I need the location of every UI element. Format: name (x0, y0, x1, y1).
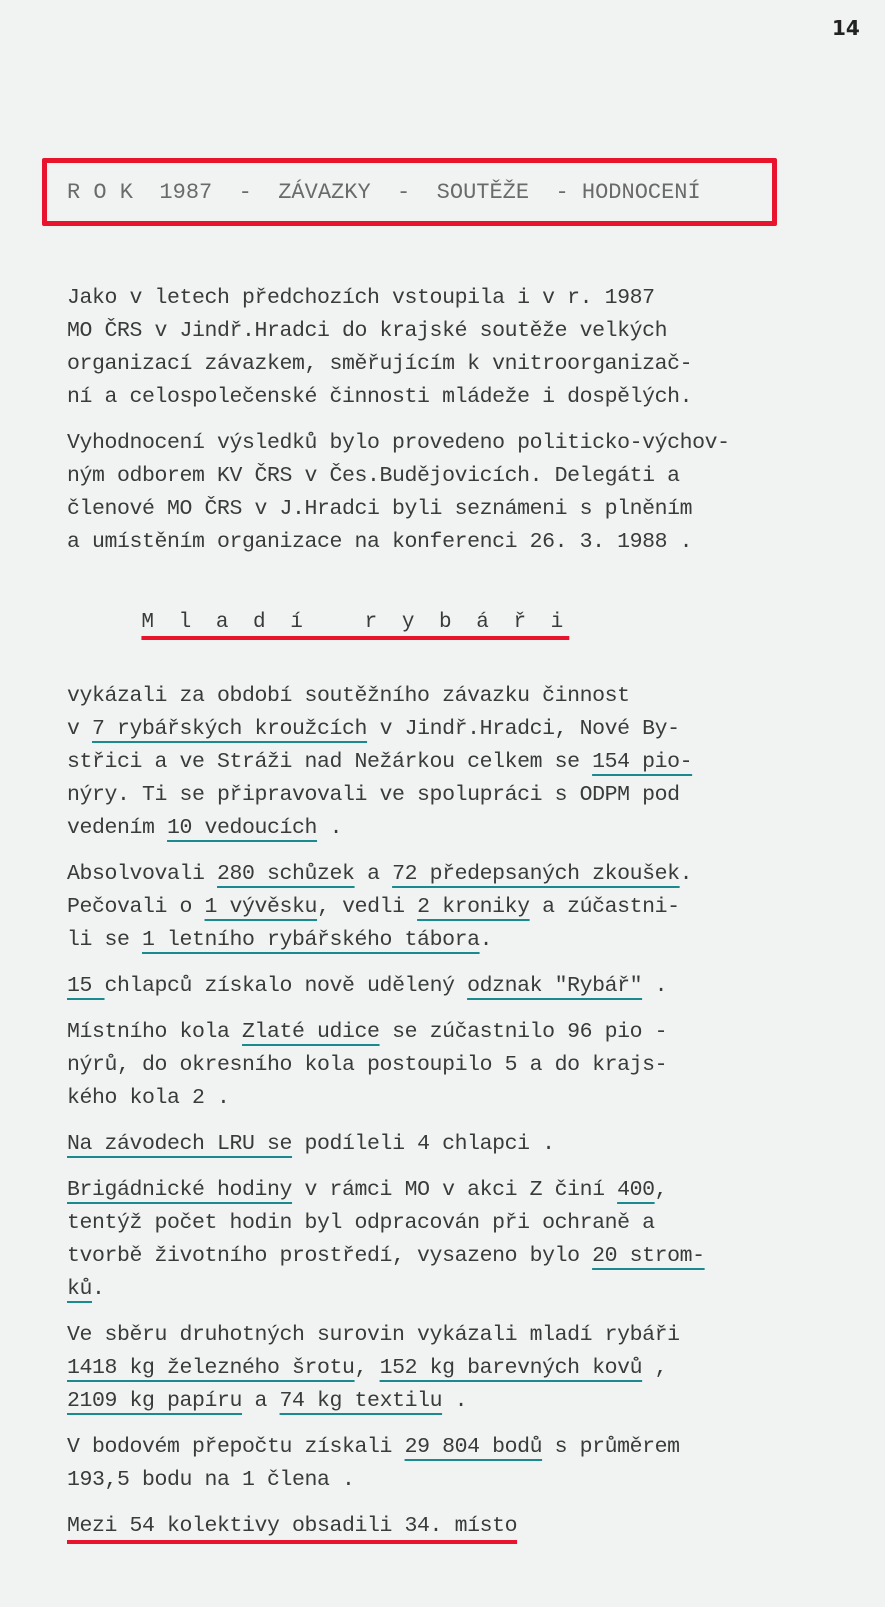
text-segment: tvorbě životního prostředí, vysazeno byl… (67, 1244, 592, 1268)
text-line: a umístěním organizace na konferenci 26.… (67, 526, 867, 559)
text-segment: , (655, 1178, 668, 1202)
text-segment: MO ČRS v Jindř.Hradci do krajské soutěže… (67, 319, 667, 343)
document-body: Jako v letech předchozích vstoupila i v … (67, 282, 867, 1556)
text-line: Absolvovali 280 schůzek a 72 předepsanýc… (67, 858, 867, 891)
text-line: Mezi 54 kolektivy obsadili 34. místo (67, 1510, 867, 1543)
underlined-figure: 20 strom- (592, 1244, 705, 1268)
highlighted-result: Mezi 54 kolektivy obsadili 34. místo (67, 1514, 517, 1538)
paragraph: Ve sběru druhotných surovin vykázali mla… (67, 1319, 867, 1418)
underlined-figure: 280 schůzek (217, 862, 355, 886)
text-line: Na závodech LRU se podíleli 4 chlapci . (67, 1128, 867, 1161)
text-segment: , (642, 1356, 667, 1380)
text-segment: kého kola 2 . (67, 1086, 230, 1110)
text-segment: li se (67, 928, 142, 952)
underlined-figure: Brigádnické hodiny (67, 1178, 292, 1202)
text-segment: se zúčastnilo 96 pio - (380, 1020, 668, 1044)
text-line: Pečovali o 1 vývěsku, vedli 2 kroniky a … (67, 891, 867, 924)
text-line: ní a celospolečenské činnosti mládeže i … (67, 381, 867, 414)
text-segment: Vyhodnocení výsledků bylo provedeno poli… (67, 431, 730, 455)
page-number: 14 (832, 16, 860, 40)
underlined-figure: Zlaté udice (242, 1020, 380, 1044)
paragraph: V bodovém přepočtu získali 29 804 bodů s… (67, 1431, 867, 1497)
text-line: Brigádnické hodiny v rámci MO v akci Z č… (67, 1174, 867, 1207)
text-line: nýrů, do okresního kola postoupilo 5 a d… (67, 1049, 867, 1082)
text-segment: . (642, 974, 667, 998)
underlined-figure: 10 vedoucích (167, 816, 317, 840)
text-line: kého kola 2 . (67, 1082, 867, 1115)
text-segment: Ve sběru druhotných surovin vykázali mla… (67, 1323, 680, 1347)
underlined-figure: 74 kg textilu (280, 1389, 443, 1413)
text-segment: střici a ve Stráži nad Nežárkou celkem s… (67, 750, 592, 774)
text-segment: . (92, 1277, 105, 1301)
text-segment: Místního kola (67, 1020, 242, 1044)
text-segment: Absolvovali (67, 862, 217, 886)
text-segment: V bodovém přepočtu získali (67, 1435, 405, 1459)
text-segment: členové MO ČRS v J.Hradci byli seznámeni… (67, 497, 692, 521)
text-segment: a (355, 862, 393, 886)
underlined-figure: 1 vývěsku (205, 895, 318, 919)
text-segment: , vedli (317, 895, 417, 919)
paragraph: Absolvovali 280 schůzek a 72 předepsanýc… (67, 858, 867, 957)
text-segment: v (67, 717, 92, 741)
text-line: Místního kola Zlaté udice se zúčastnilo … (67, 1016, 867, 1049)
underlined-figure: 2 kroniky (417, 895, 530, 919)
text-segment: vedením (67, 816, 167, 840)
text-segment: tentýž počet hodin byl odpracován při oc… (67, 1211, 655, 1235)
paragraph: Brigádnické hodiny v rámci MO v akci Z č… (67, 1174, 867, 1306)
paragraph: vykázali za období soutěžního závazku či… (67, 680, 867, 845)
paragraph: Místního kola Zlaté udice se zúčastnilo … (67, 1016, 867, 1115)
paragraph: Na závodech LRU se podíleli 4 chlapci . (67, 1128, 867, 1161)
text-line: 15 chlapců získalo nově udělený odznak "… (67, 970, 867, 1003)
text-segment: a (242, 1389, 280, 1413)
text-segment: Jako v letech předchozích vstoupila i v … (67, 286, 655, 310)
text-segment: ní a celospolečenské činnosti mládeže i … (67, 385, 692, 409)
underlined-figure: ků (67, 1277, 92, 1301)
underlined-figure: 2109 kg papíru (67, 1389, 242, 1413)
section-heading-text: M l a d í r y b á ř i (141, 611, 569, 634)
text-segment: . (480, 928, 493, 952)
text-segment: . (442, 1389, 467, 1413)
text-line: tvorbě životního prostředí, vysazeno byl… (67, 1240, 867, 1273)
title-box: R O K 1987 - ZÁVAZKY - SOUTĚŽE - HODNOCE… (42, 158, 777, 226)
text-segment: a umístěním organizace na konferenci 26.… (67, 530, 692, 554)
paragraph: Vyhodnocení výsledků bylo provedeno poli… (67, 427, 867, 559)
text-line: v 7 rybářských kroužcích v Jindř.Hradci,… (67, 713, 867, 746)
intro-section: Jako v letech předchozích vstoupila i v … (67, 282, 867, 559)
text-line: ným odborem KV ČRS v Čes.Budějovicích. D… (67, 460, 867, 493)
young-anglers-section: vykázali za období soutěžního závazku či… (67, 680, 867, 1543)
text-segment: . (680, 862, 693, 886)
underlined-figure: 15 (67, 974, 105, 998)
section-heading: M l a d í r y b á ř i (67, 573, 867, 672)
text-line: nýry. Ti se připravovali ve spolupráci s… (67, 779, 867, 812)
underlined-figure: Na závodech LRU se (67, 1132, 292, 1156)
underlined-figure: 152 kg barevných kovů (380, 1356, 643, 1380)
underlined-figure: 29 804 bodů (405, 1435, 543, 1459)
underlined-figure: odznak "Rybář" (467, 974, 642, 998)
text-line: MO ČRS v Jindř.Hradci do krajské soutěže… (67, 315, 867, 348)
text-segment: v Jindř.Hradci, Nové By- (367, 717, 680, 741)
text-segment: ným odborem KV ČRS v Čes.Budějovicích. D… (67, 464, 680, 488)
text-line: vykázali za období soutěžního závazku či… (67, 680, 867, 713)
underlined-figure: 1 letního rybářského tábora (142, 928, 480, 952)
underlined-figure: 7 rybářských kroužcích (92, 717, 367, 741)
text-segment: organizací závazkem, směřujícím k vnitro… (67, 352, 692, 376)
text-segment: v rámci MO v akci Z činí (292, 1178, 617, 1202)
paragraph: 15 chlapců získalo nově udělený odznak "… (67, 970, 867, 1003)
text-line: ků. (67, 1273, 867, 1306)
text-line: Jako v letech předchozích vstoupila i v … (67, 282, 867, 315)
document-title: R O K 1987 - ZÁVAZKY - SOUTĚŽE - HODNOCE… (67, 180, 701, 205)
underlined-figure: 400 (617, 1178, 655, 1202)
underlined-figure: 1418 kg železného šrotu (67, 1356, 355, 1380)
paragraph: Jako v letech předchozích vstoupila i v … (67, 282, 867, 414)
text-line: li se 1 letního rybářského tábora. (67, 924, 867, 957)
text-line: 193,5 bodu na 1 člena . (67, 1464, 867, 1497)
text-line: střici a ve Stráži nad Nežárkou celkem s… (67, 746, 867, 779)
text-line: vedením 10 vedoucích . (67, 812, 867, 845)
text-segment: chlapců získalo nově udělený (105, 974, 468, 998)
text-line: Vyhodnocení výsledků bylo provedeno poli… (67, 427, 867, 460)
text-line: V bodovém přepočtu získali 29 804 bodů s… (67, 1431, 867, 1464)
text-line: tentýž počet hodin byl odpracován při oc… (67, 1207, 867, 1240)
text-line: 1418 kg železného šrotu, 152 kg barevnýc… (67, 1352, 867, 1385)
text-segment: . (317, 816, 342, 840)
paragraph: Mezi 54 kolektivy obsadili 34. místo (67, 1510, 867, 1543)
text-segment: Pečovali o (67, 895, 205, 919)
text-line: 2109 kg papíru a 74 kg textilu . (67, 1385, 867, 1418)
text-segment: nýrů, do okresního kola postoupilo 5 a d… (67, 1053, 667, 1077)
text-line: organizací závazkem, směřujícím k vnitro… (67, 348, 867, 381)
underlined-figure: 154 pio- (592, 750, 692, 774)
underlined-figure: 72 předepsaných zkoušek (392, 862, 680, 886)
text-segment: s průměrem (542, 1435, 680, 1459)
text-segment: a zúčastni- (530, 895, 680, 919)
text-line: členové MO ČRS v J.Hradci byli seznámeni… (67, 493, 867, 526)
text-segment: , (355, 1356, 380, 1380)
text-segment: podíleli 4 chlapci . (292, 1132, 555, 1156)
text-segment: 193,5 bodu na 1 člena . (67, 1468, 355, 1492)
text-line: Ve sběru druhotných surovin vykázali mla… (67, 1319, 867, 1352)
text-segment: nýry. Ti se připravovali ve spolupráci s… (67, 783, 680, 807)
text-segment: vykázali za období soutěžního závazku či… (67, 684, 630, 708)
